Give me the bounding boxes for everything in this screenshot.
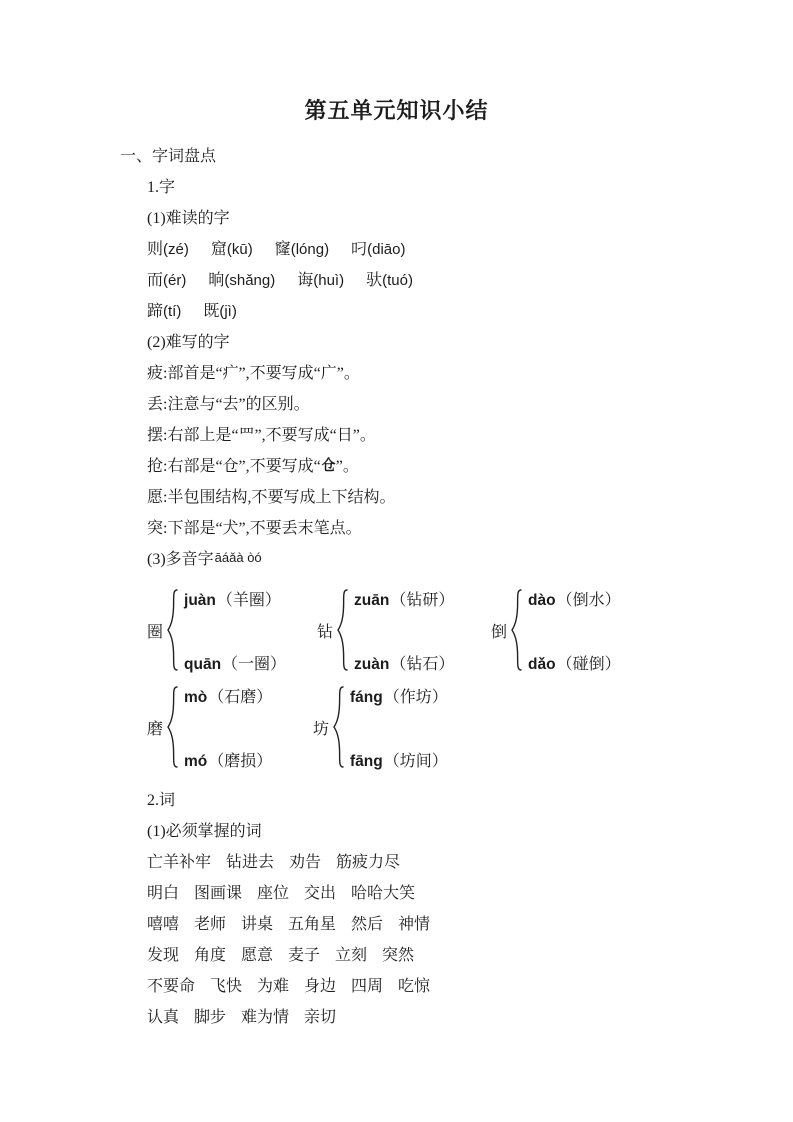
reading-row: fáng（作坊） — [350, 684, 448, 706]
write-note-line: 突:下部是“犬”,不要丢末笔点。 — [147, 511, 793, 542]
page-title: 第五单元知识小结 — [0, 0, 793, 125]
polyphone-char: 磨 — [147, 716, 163, 739]
pinyin-text: (tí) — [163, 303, 181, 320]
reading-pinyin: fáng — [350, 689, 383, 707]
char-text: 窿 — [275, 236, 291, 259]
word-list-line: 明白 图画课 座位 交出 哈哈大笑 — [147, 876, 793, 907]
char-text: 而 — [147, 267, 163, 290]
reading-example: （碰倒） — [557, 651, 621, 674]
write-note-line: 疲:部首是“疒”,不要写成“广”。 — [147, 356, 793, 387]
reading-row: zuàn（钻石） — [354, 651, 454, 673]
reading-example: （钻研） — [390, 587, 454, 610]
polyphone-group-dao: 倒 dào（倒水） dǎo（碰倒） — [491, 587, 621, 673]
pinyin-text: (shǎng) — [224, 272, 275, 289]
char-pinyin-item: 驮(tuó) — [366, 267, 413, 290]
write-note-line: 丢:注意与“去”的区别。 — [147, 387, 793, 418]
section-heading: 一、字词盘点 — [120, 139, 793, 170]
word-list-line: 发现 角度 愿意 麦子 立刻 突然 — [147, 938, 793, 969]
polyphone-group-quan: 圈 juàn（羊圈） quān（一圈） — [147, 587, 286, 673]
char-pinyin-item: 叼(diāo) — [351, 236, 405, 259]
char-pinyin-item: 既(jì) — [203, 298, 237, 321]
char-pinyin-item: 窿(lóng) — [275, 236, 329, 259]
polyphone-group-mo: 磨 mò（石磨） mó（磨损） — [147, 684, 272, 770]
char-text: 蹄 — [147, 298, 163, 321]
brace-icon — [510, 588, 523, 672]
pinyin-text: (huì) — [313, 272, 344, 289]
readings-column: mò（石磨） mó（磨损） — [184, 684, 272, 770]
char-pinyin-item: 而(ér) — [147, 267, 186, 290]
reading-pinyin: dào — [528, 592, 556, 610]
reading-pinyin: fāng — [350, 753, 383, 771]
readings-column: fáng（作坊） fāng（坊间） — [350, 684, 448, 770]
reading-row: dǎo（碰倒） — [528, 651, 621, 673]
hard-read-line: 而(ér) 晌(shǎng) 诲(huì) 驮(tuó) — [147, 263, 793, 294]
part-label-must-know-words: (1)必须掌握的词 — [147, 814, 793, 845]
reading-example: （倒水） — [557, 587, 621, 610]
char-text: 既 — [203, 298, 219, 321]
write-note-line: 愿:半包围结构,不要写成上下结构。 — [147, 480, 793, 511]
pinyin-text: (ér) — [163, 272, 186, 289]
reading-row: dào（倒水） — [528, 587, 621, 609]
reading-row: quān（一圈） — [184, 651, 286, 673]
brace-icon — [166, 588, 179, 672]
word-list-line: 不要命 飞快 为难 身边 四周 吃惊 — [147, 969, 793, 1000]
reading-example: （坊间） — [384, 748, 448, 771]
char-pinyin-item: 窟(kū) — [211, 236, 253, 259]
reading-example: （羊圈） — [217, 587, 281, 610]
readings-column: juàn（羊圈） quān（一圈） — [184, 587, 286, 673]
pinyin-text: (lóng) — [291, 241, 329, 258]
pinyin-text: (tuó) — [382, 272, 413, 289]
sub-heading-ci: 2.词 — [147, 783, 793, 814]
char-text: 驮 — [366, 267, 382, 290]
polyphone-char: 坊 — [313, 716, 329, 739]
brace-icon — [166, 685, 179, 769]
char-text: 窟 — [211, 236, 227, 259]
char-pinyin-item: 则(zé) — [147, 236, 189, 259]
sub-heading-zi: 1.字 — [147, 170, 793, 201]
word-list-line: 嘻嘻 老师 讲桌 五角星 然后 神情 — [147, 907, 793, 938]
reading-example: （钻石） — [390, 651, 454, 674]
word-list-line: 亡羊补牢 钻进去 劝告 筋疲力尽 — [147, 845, 793, 876]
reading-example: （一圈） — [222, 651, 286, 674]
char-text: 诲 — [297, 267, 313, 290]
pinyin-text: (jì) — [219, 303, 237, 320]
pinyin-text: (diāo) — [367, 241, 405, 258]
reading-row: zuān（钻研） — [354, 587, 454, 609]
brace-icon — [336, 588, 349, 672]
document-page: 第五单元知识小结 一、字词盘点 1.字 (1)难读的字 则(zé) 窟(kū) … — [0, 0, 793, 1122]
write-note-line: 摆:右部上是“罒”,不要写成“日”。 — [147, 418, 793, 449]
reading-pinyin: mò — [184, 689, 207, 707]
note-prefix: 抢:右部是“仓”,不要写成“ — [147, 453, 321, 476]
pinyin-text: (kū) — [227, 241, 253, 258]
polyphone-label: (3)多音字 — [147, 546, 214, 569]
reading-row: juàn（羊圈） — [184, 587, 286, 609]
note-suffix: ”。 — [336, 453, 359, 476]
polyphone-char: 圈 — [147, 619, 163, 642]
pinyin-text: (zé) — [163, 241, 189, 258]
reading-pinyin: juàn — [184, 592, 216, 610]
readings-column: zuān（钻研） zuàn（钻石） — [354, 587, 454, 673]
polyphone-diagram: 圈 juàn（羊圈） quān（一圈） 钻 zuān（钻研） zuàn（钻石） … — [147, 587, 793, 783]
char-text: 晌 — [208, 267, 224, 290]
reading-example: （磨损） — [208, 748, 272, 771]
reading-example: （石磨） — [208, 684, 272, 707]
hard-read-line: 则(zé) 窟(kū) 窿(lóng) 叼(diāo) — [147, 232, 793, 263]
part-label-polyphone: (3)多音字āáǎà òó — [147, 542, 793, 573]
reading-pinyin: zuàn — [354, 656, 389, 674]
brace-icon — [332, 685, 345, 769]
write-note-line: 抢:右部是“仓”,不要写成“仓”。 — [147, 449, 793, 480]
char-pinyin-item: 诲(huì) — [297, 267, 344, 290]
polyphone-group-zuan: 钻 zuān（钻研） zuàn（钻石） — [317, 587, 454, 673]
reading-row: fāng（坊间） — [350, 748, 448, 770]
reading-pinyin: quān — [184, 656, 221, 674]
reading-pinyin: dǎo — [528, 656, 556, 674]
polyphone-char: 倒 — [491, 619, 507, 642]
char-text: 则 — [147, 236, 163, 259]
stray-pinyin-text: āáǎà òó — [215, 550, 262, 565]
hard-read-line: 蹄(tí) 既(jì) — [147, 294, 793, 325]
char-text: 叼 — [351, 236, 367, 259]
reading-example: （作坊） — [384, 684, 448, 707]
word-list-line: 认真 脚步 难为情 亲切 — [147, 1000, 793, 1031]
part-label-hard-write: (2)难写的字 — [147, 325, 793, 356]
reading-pinyin: zuān — [354, 592, 389, 610]
reading-row: mó（磨损） — [184, 748, 272, 770]
reading-row: mò（石磨） — [184, 684, 272, 706]
wrong-glyph: 仓 — [321, 454, 335, 475]
readings-column: dào（倒水） dǎo（碰倒） — [528, 587, 621, 673]
polyphone-group-fang: 坊 fáng（作坊） fāng（坊间） — [313, 684, 448, 770]
char-pinyin-item: 晌(shǎng) — [208, 267, 275, 290]
part-label-hard-read: (1)难读的字 — [147, 201, 793, 232]
polyphone-char: 钻 — [317, 619, 333, 642]
reading-pinyin: mó — [184, 753, 207, 771]
char-pinyin-item: 蹄(tí) — [147, 298, 181, 321]
